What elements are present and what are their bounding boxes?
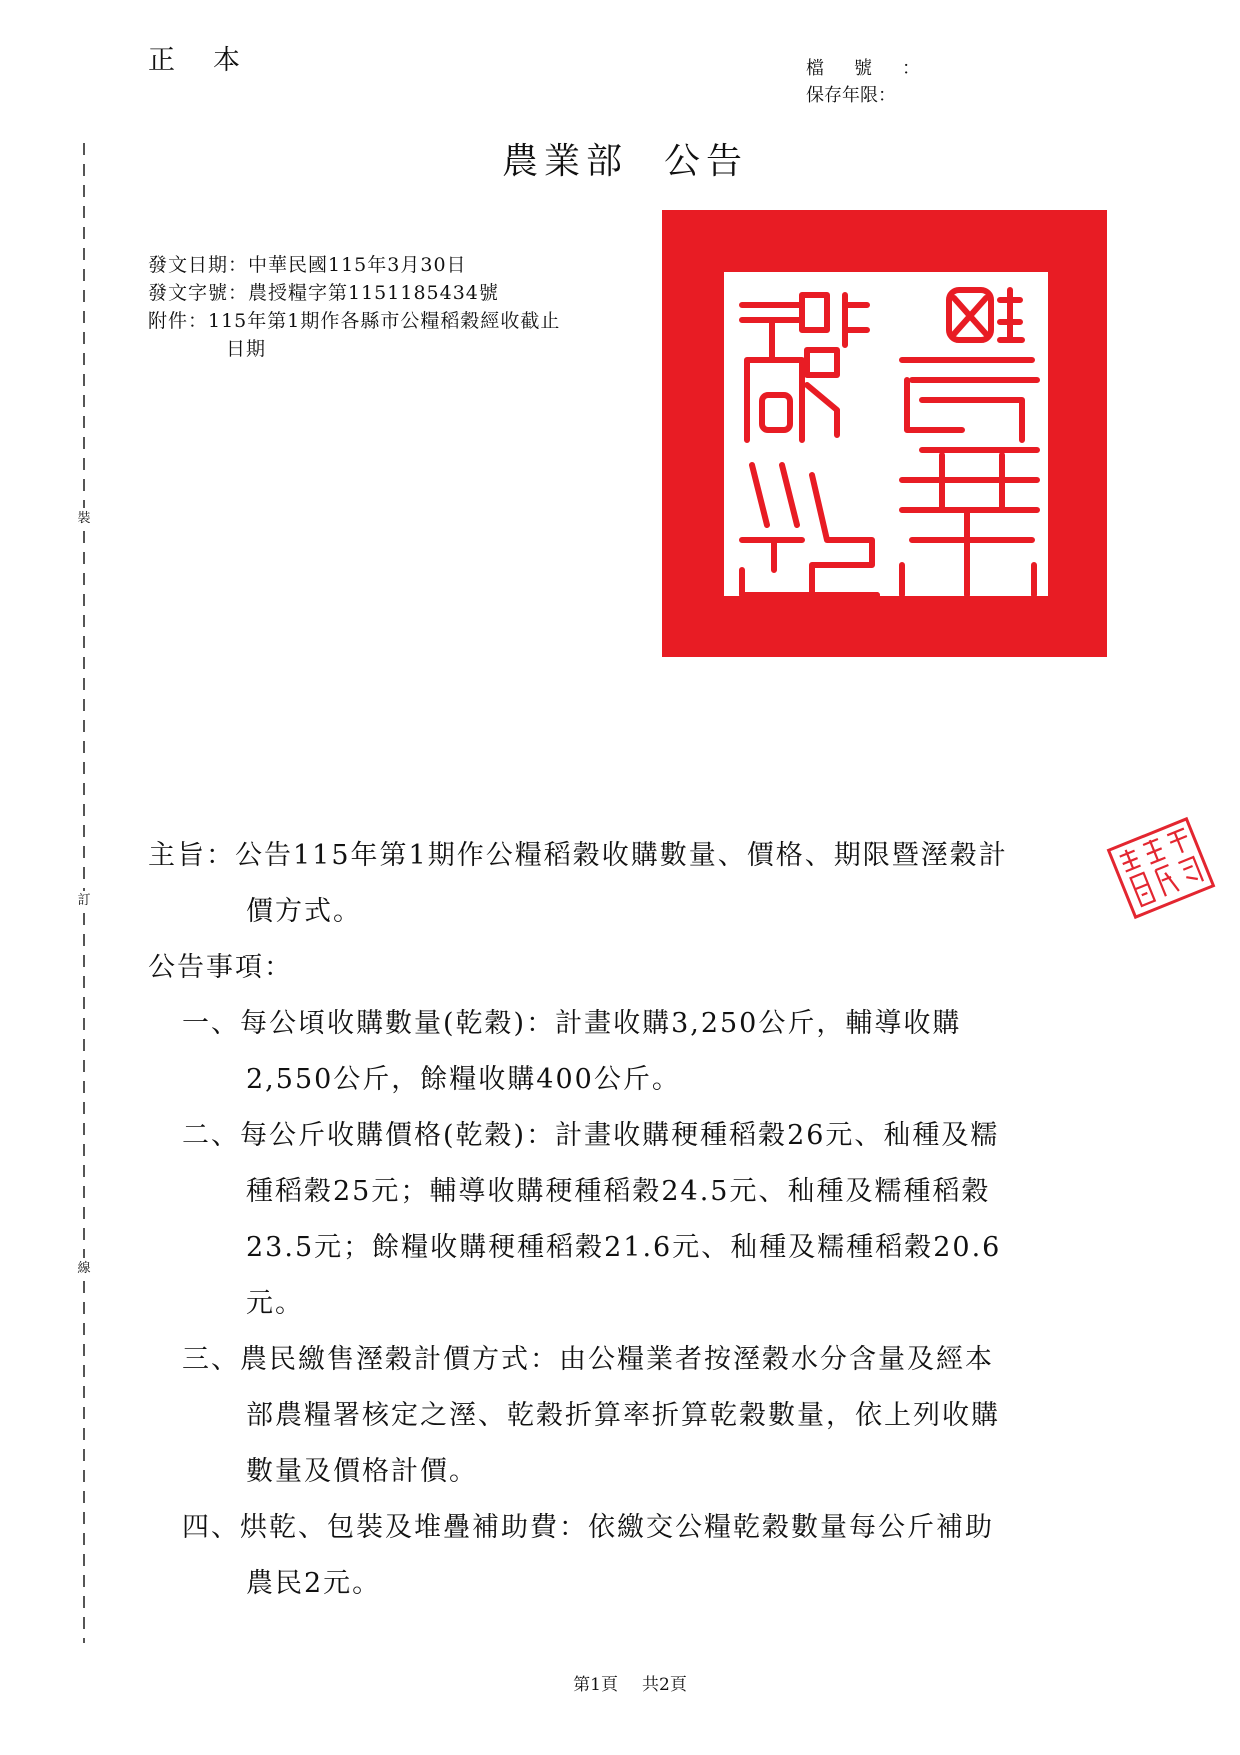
seal-script-icon xyxy=(662,210,1107,657)
copy-mark-char: 本 xyxy=(213,38,240,77)
page-footer: 第1頁共2頁 xyxy=(0,1670,1240,1695)
announcement-body: 主旨：公告115年第1期作公糧稻穀收購數量、價格、期限暨溼穀計 價方式。 公告事… xyxy=(148,828,1128,1612)
file-metadata: 檔號： 保存年限： xyxy=(806,55,920,109)
notice-item-line-cont: 數量及價格計價。 xyxy=(148,1444,1128,1500)
attachment-line: 附件：115年第1期作各縣市公糧稻穀經收截止 xyxy=(148,307,560,335)
notice-item-2: 二、每公斤收購價格(乾穀)：計畫收購稉種稻穀26元、秈種及糯 種稻穀25元；輔導… xyxy=(148,1108,1128,1332)
notice-item-line-cont: 部農糧署核定之溼、乾穀折算率折算乾穀數量，依上列收購 xyxy=(148,1388,1128,1444)
dispatch-reference: 發文字號：農授糧字第1151185434號 xyxy=(148,279,560,307)
binding-dash xyxy=(83,1281,85,1643)
file-number-label: 檔號： xyxy=(806,55,920,82)
page-total: 共2頁 xyxy=(642,1675,687,1695)
issuing-agency: 農業部 xyxy=(502,141,628,182)
notice-item-line-cont: 23.5元；餘糧收購稉種稻穀21.6元、秈種及糯種稻穀20.6 xyxy=(148,1220,1128,1276)
page-current: 第1頁 xyxy=(573,1675,618,1695)
retention-label: 保存年限： xyxy=(806,82,920,109)
notice-item-line-cont: 農民2元。 xyxy=(148,1556,1128,1612)
binding-dash xyxy=(83,913,85,1258)
copy-mark-char: 正 xyxy=(148,38,175,77)
document-type: 公告 xyxy=(664,141,748,182)
dispatch-info: 發文日期：中華民國115年3月30日 發文字號：農授糧字第1151185434號… xyxy=(148,251,560,363)
notice-item-line: 一、每公頃收購數量(乾穀)：計畫收購3,250公斤，輔導收購 xyxy=(148,996,1128,1052)
notice-item-line: 三、農民繳售溼穀計價方式：由公糧業者按溼穀水分含量及經本 xyxy=(148,1332,1128,1388)
notice-item-3: 三、農民繳售溼穀計價方式：由公糧業者按溼穀水分含量及經本 部農糧署核定之溼、乾穀… xyxy=(148,1332,1128,1500)
binding-label-xian: 線 xyxy=(77,1261,91,1277)
official-seal xyxy=(662,210,1107,657)
document-title: 農業部公告 xyxy=(0,133,1240,184)
binding-dash xyxy=(83,143,85,508)
notice-item-1: 一、每公頃收購數量(乾穀)：計畫收購3,250公斤，輔導收購 2,550公斤，餘… xyxy=(148,996,1128,1108)
dispatch-date: 發文日期：中華民國115年3月30日 xyxy=(148,251,560,279)
binding-label-ding: 訂 xyxy=(77,893,91,909)
subject-section: 主旨：公告115年第1期作公糧稻穀收購數量、價格、期限暨溼穀計 價方式。 xyxy=(148,828,1128,940)
subject-line-cont: 價方式。 xyxy=(148,884,1128,940)
notice-item-line: 四、烘乾、包裝及堆疊補助費：依繳交公糧乾穀數量每公斤補助 xyxy=(148,1500,1128,1556)
notice-item-line-cont: 元。 xyxy=(148,1276,1128,1332)
copy-mark: 正本 xyxy=(148,38,240,77)
binding-label-zhuang: 裝 xyxy=(77,511,91,527)
notice-item-line: 二、每公斤收購價格(乾穀)：計畫收購稉種稻穀26元、秈種及糯 xyxy=(148,1108,1128,1164)
notice-item-line-cont: 2,550公斤，餘糧收購400公斤。 xyxy=(148,1052,1128,1108)
notices-heading: 公告事項： xyxy=(148,940,1128,996)
notice-item-4: 四、烘乾、包裝及堆疊補助費：依繳交公糧乾穀數量每公斤補助 農民2元。 xyxy=(148,1500,1128,1612)
binding-line: 裝 訂 線 xyxy=(83,143,85,1643)
notice-item-line-cont: 種稻穀25元；輔導收購稉種稻穀24.5元、秈種及糯種稻穀 xyxy=(148,1164,1128,1220)
attachment-line-cont: 日期 xyxy=(148,335,560,363)
subject-line: 主旨：公告115年第1期作公糧稻穀收購數量、價格、期限暨溼穀計 xyxy=(148,828,1128,884)
binding-dash xyxy=(83,531,85,891)
